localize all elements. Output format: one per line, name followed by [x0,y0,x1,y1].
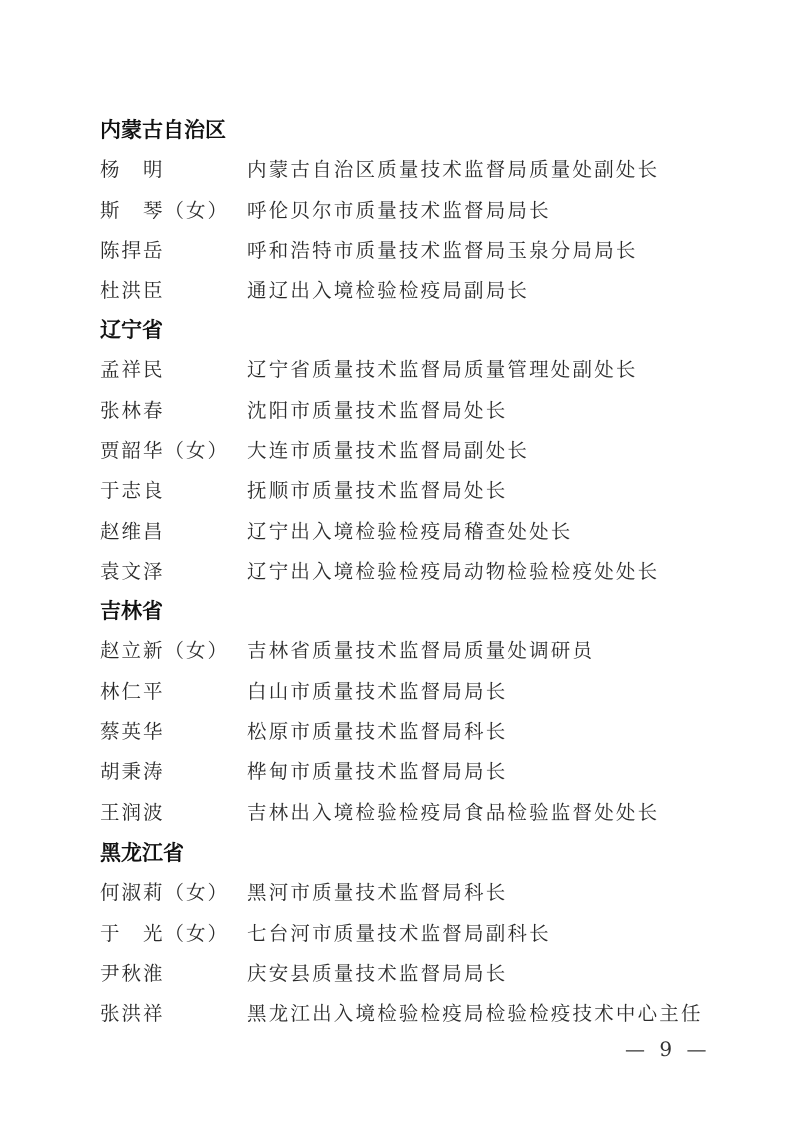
person-name: 陈捍岳 [100,237,250,265]
person-name: 袁文泽 [100,558,250,586]
person-title: 七台河市质量技术监督局副科长 [247,920,551,948]
person-name: 斯 琴（女） [100,197,250,225]
person-name: 赵立新（女） [100,637,250,665]
region-heading: 黑龙江省 [100,839,184,867]
person-title: 白山市质量技术监督局局长 [247,678,507,706]
region-heading: 辽宁省 [100,316,163,344]
person-title: 抚顺市质量技术监督局处长 [247,477,507,505]
person-title: 内蒙古自治区质量技术监督局质量处副处长 [247,156,659,184]
person-title: 辽宁出入境检验检疫局动物检验检疫处处长 [247,558,659,586]
person-title: 吉林省质量技术监督局质量处调研员 [247,637,594,665]
person-title: 松原市质量技术监督局科长 [247,718,507,746]
person-title: 大连市质量技术监督局副处长 [247,437,529,465]
person-name: 杨 明 [100,156,250,184]
person-name: 赵维昌 [100,518,250,546]
person-name: 尹秋淮 [100,960,250,988]
person-title: 辽宁出入境检验检疫局稽查处处长 [247,518,573,546]
person-name: 孟祥民 [100,356,250,384]
person-title: 呼伦贝尔市质量技术监督局局长 [247,197,551,225]
person-name: 王润波 [100,799,250,827]
region-heading: 吉林省 [100,597,163,625]
person-title: 庆安县质量技术监督局局长 [247,960,507,988]
person-title: 呼和浩特市质量技术监督局玉泉分局局长 [247,237,638,265]
document-page: 内蒙古自治区杨 明内蒙古自治区质量技术监督局质量处副处长斯 琴（女）呼伦贝尔市质… [0,0,802,1134]
person-name: 张林春 [100,397,250,425]
page-number: — 9 — [625,1037,710,1061]
person-name: 蔡英华 [100,718,250,746]
person-name: 张洪祥 [100,1000,250,1028]
person-title: 黑河市质量技术监督局科长 [247,879,507,907]
person-name: 于 光（女） [100,920,250,948]
person-name: 杜洪臣 [100,277,250,305]
region-heading: 内蒙古自治区 [100,116,226,144]
person-title: 沈阳市质量技术监督局处长 [247,397,507,425]
person-title: 黑龙江出入境检验检疫局检验检疫技术中心主任 [247,1000,703,1028]
person-title: 辽宁省质量技术监督局质量管理处副处长 [247,356,638,384]
person-name: 贾韶华（女） [100,437,250,465]
person-title: 通辽出入境检验检疫局副局长 [247,277,529,305]
person-name: 于志良 [100,477,250,505]
person-title: 吉林出入境检验检疫局食品检验监督处处长 [247,799,659,827]
person-name: 胡秉涛 [100,758,250,786]
person-name: 何淑莉（女） [100,879,250,907]
person-name: 林仁平 [100,678,250,706]
person-title: 桦甸市质量技术监督局局长 [247,758,507,786]
